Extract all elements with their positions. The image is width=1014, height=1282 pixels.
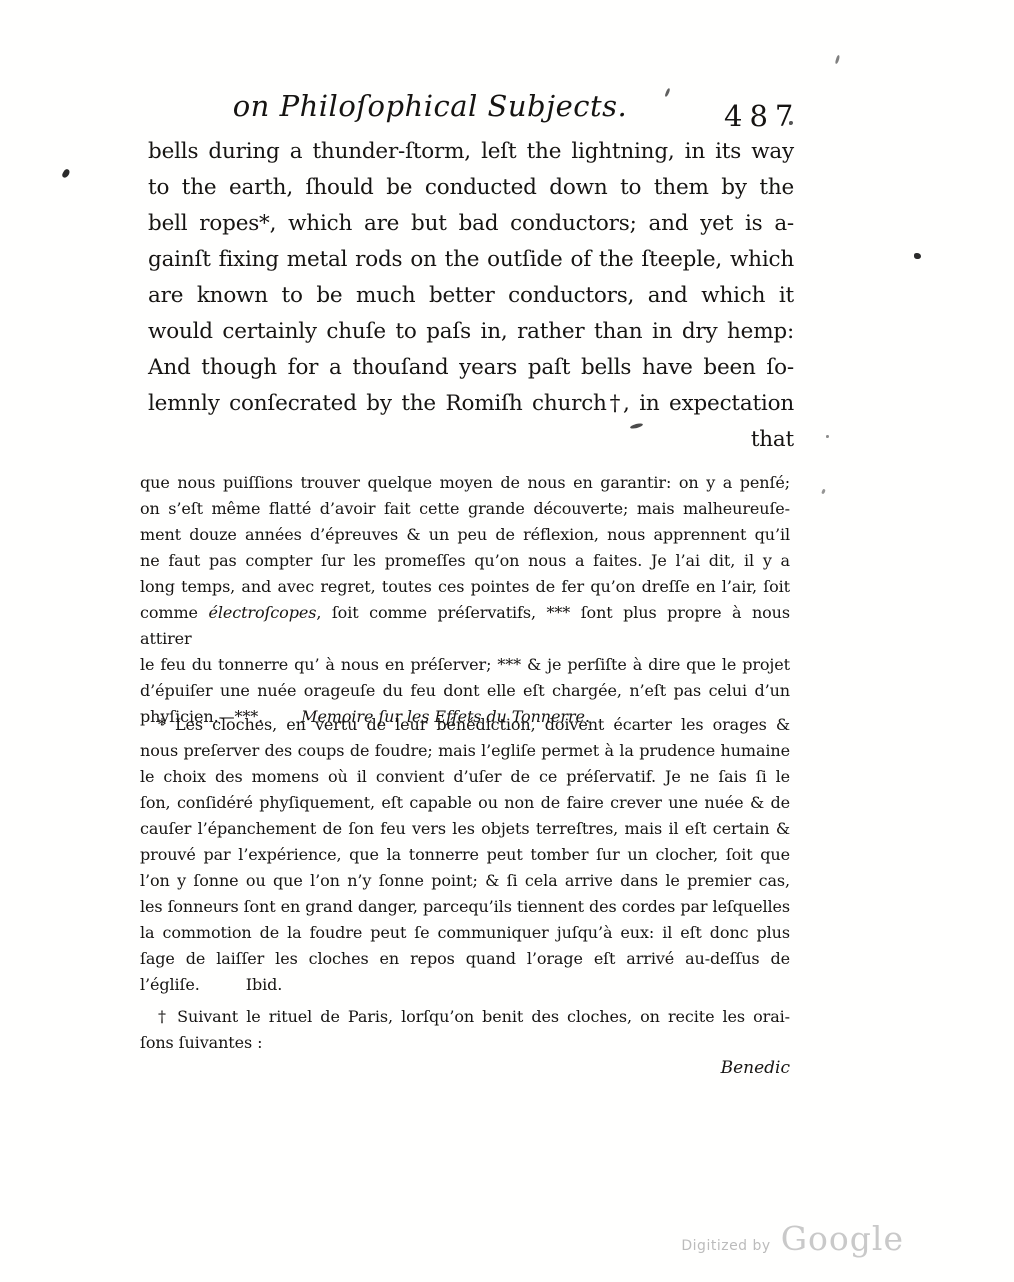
footnote-line: * Les cloches, en vertu de leur bénédict…	[140, 712, 790, 738]
footnote-text: comme	[140, 603, 208, 622]
footnote-line: prouvé par l’expérience, que la tonnerre…	[140, 842, 790, 868]
scan-speck	[826, 435, 829, 438]
footnote-line: comme électroſcopes, ſoit comme préſerva…	[140, 600, 790, 652]
google-logo: Google	[781, 1219, 904, 1258]
footnote-asterisk: * Les cloches, en vertu de leur bénédict…	[140, 712, 790, 998]
running-head-title: on Philoſophical Subjects.	[150, 86, 710, 126]
scan-speck	[61, 168, 71, 179]
google-watermark: Digitized by Google	[681, 1219, 904, 1258]
footnote-line: nous preſerver des coups de foudre; mais…	[140, 738, 790, 764]
footnote-line: d’épuiſer une nuée orageuſe du feu dont …	[140, 678, 790, 704]
footnote-line: le choix des momens où il convient d’uſe…	[140, 764, 790, 790]
main-paragraph: bells during a thunder-ſtorm, leſt the l…	[148, 134, 794, 458]
footnote-continuation: que nous puiſſions trouver quelque moyen…	[140, 470, 790, 730]
scan-speck	[821, 489, 826, 495]
footnote-line: † Suivant le rituel de Paris, lorſqu’on …	[140, 1004, 790, 1030]
footnote-text: l’égliſe.	[140, 975, 200, 994]
footnote-line: on s’eſt même flatté d’avoir fait cette …	[140, 496, 790, 522]
footnote-line: les ſonneurs ſont en grand danger, parce…	[140, 894, 790, 920]
footnote-line: ſons ſuivantes :	[140, 1030, 790, 1056]
footnote-dagger: † Suivant le rituel de Paris, lorſqu’on …	[140, 1004, 790, 1056]
footnote-line: long temps, and avec regret, toutes ces …	[140, 574, 790, 600]
footnote-line: cauſer l’épanchement de ſon feu vers les…	[140, 816, 790, 842]
main-text-line: bells during a thunder-ſtorm, leſt the l…	[148, 134, 794, 170]
page-number: 487	[724, 96, 800, 136]
main-text-line: to the earth, ſhould be conducted down t…	[148, 170, 794, 206]
scanned-book-page: on Philoſophical Subjects. 487 bells dur…	[0, 0, 1014, 1282]
footnote-line: ment douze années d’épreuves & un peu de…	[140, 522, 790, 548]
main-text-line: bell ropes*, which are but bad conductor…	[148, 206, 794, 242]
main-text-line: lemnly conſecrated by the Romiſh church†…	[148, 386, 794, 422]
footnote-line: l’égliſe.Ibid.	[140, 972, 790, 998]
digitized-by-label: Digitized by	[681, 1238, 770, 1254]
ibid-reference: Ibid.	[246, 975, 283, 994]
main-text-line: are known to be much better conductors, …	[148, 278, 794, 314]
footnote-line: le feu du tonnerre qu’ à nous en préſerv…	[140, 652, 790, 678]
footnote-line: ſage de laiſſer les cloches en repos qua…	[140, 946, 790, 972]
footnote-line: l’on y ſonne ou que l’on n’y ſonne point…	[140, 868, 790, 894]
scan-speck	[835, 55, 840, 64]
scan-speck	[914, 253, 921, 259]
footnote-line: ſon, conſidéré phyſiquement, eſt capable…	[140, 790, 790, 816]
catchword: Benedic	[140, 1058, 790, 1078]
footnote-line: ne faut pas compter ſur les promeſſes qu…	[140, 548, 790, 574]
footnote-line: la commotion de la foudre peut ſe commun…	[140, 920, 790, 946]
main-text-line: And though for a thouſand years paſt bel…	[148, 350, 794, 386]
main-text-line: would certainly chuſe to paſs in, rather…	[148, 314, 794, 350]
italic-term: électroſcopes	[208, 603, 316, 622]
catchword: that	[148, 422, 794, 458]
footnote-line: que nous puiſſions trouver quelque moyen…	[140, 470, 790, 496]
main-text-line: gainſt fixing metal rods on the outſide …	[148, 242, 794, 278]
